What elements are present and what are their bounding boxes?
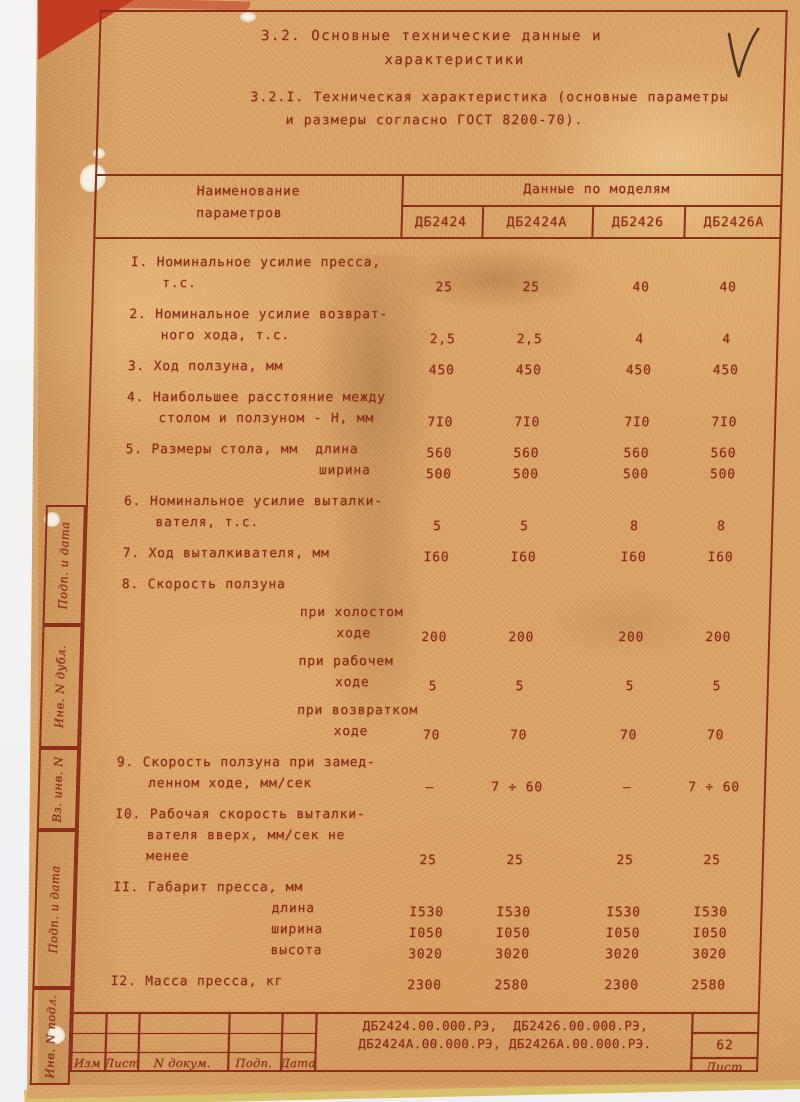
value-cell: I60 [675,547,766,568]
param-label: 3. Ход ползуна, мм [128,359,284,374]
param-line: 5. Размеры стола, мм длина560560560560 [109,439,770,460]
model-column-header: ДБ2426А [683,212,784,233]
value-cell: 25 [486,277,577,298]
value-cell: 5 [475,676,566,697]
sheet-number: 62 [691,1035,760,1056]
value-cell: 5 [672,676,763,697]
param-line: I2. Масса пресса, кг2300258023002580 [94,971,755,992]
value-cell: 70 [670,725,761,746]
param-line: ного хода, т.с.2,52,544 [112,325,773,346]
param-line: ходе200200200200 [104,623,765,644]
value-cell: 4 [594,329,685,350]
value-cell: 5 [585,676,676,697]
page-content: 3.2. Основные технические данные и харак… [0,0,800,1102]
param-label: ходе [336,626,371,641]
param-label: I2. Масса пресса, кг [110,974,283,989]
param-line: 4. Наибольшее расстояние между [111,387,772,408]
scanned-page: 3.2. Основные технические данные и харак… [0,0,800,1102]
value-cell: 25 [470,850,561,871]
side-column-label: Вз. инв. N [47,756,70,822]
param-line: вателя, т.с.5588 [107,512,768,533]
param-label: при рабочем [298,654,393,669]
value-cell: 2580 [663,975,754,996]
stamp-column-label: Дата [280,1053,315,1074]
value-cell: 450 [483,360,574,381]
table-row: 6. Номинальное усилие выталки-вателя, т.… [107,491,768,533]
param-label: ленном ходе, мм/сек [148,776,312,791]
table-row: I0. Рабочая скорость выталки-вателя ввер… [98,804,760,867]
param-label: столом и ползуном - Н, мм [158,411,374,426]
param-line: ленном ходе, мм/сек–7 ÷ 60–7 ÷ 60 [100,773,761,794]
param-label: длина [271,901,315,916]
table-row: 7. Ход выталкивателя, ммI60I60I60I60 [106,543,767,564]
param-line: 3. Ход ползуна, мм450450450450 [111,356,772,377]
value-cell: 8 [589,516,680,537]
param-line: 6. Номинальное усилие выталки- [108,491,769,512]
param-label: 5. Размеры стола, мм длина [125,442,358,457]
table-header: Наименование параметров Данные по моделя… [93,174,783,239]
stamp-column-label: Изм [70,1053,105,1074]
param-label: 9. Скорость ползуна при замед- [116,755,375,770]
subsection-title-line: 3.2.I. Техническая характеристика (основ… [250,87,729,108]
value-cell: 450 [680,360,771,381]
value-cell: 40 [683,277,774,298]
value-cell: 7I0 [395,412,486,433]
value-cell: 70 [583,725,674,746]
table-row: 5. Размеры стола, мм длина560560560560ши… [109,439,770,481]
side-column-cell: Инв. N дубл. [39,625,82,748]
param-line: I0. Рабочая скорость выталки- [99,804,760,825]
side-column-label: Инв. N подл. [39,995,62,1079]
param-line: 7. Ход выталкивателя, ммI60I60I60I60 [106,543,767,564]
value-cell: 500 [590,464,681,485]
param-label: ходе [335,675,370,690]
table-row: 4. Наибольшее расстояние междустолом и п… [110,387,771,429]
param-label: I. Номинальное усилие пресса, [130,255,381,270]
param-label: II. Габарит пресса, мм [113,880,303,895]
side-column-label: Инв. N дубл. [49,645,72,728]
param-line: столом и ползуном - Н, мм7I07I07I07I0 [110,408,771,429]
value-cell: 500 [677,464,768,485]
param-label: 4. Наибольшее расстояние между [127,390,386,405]
table-row: I2. Масса пресса, кг2300258023002580 [94,971,755,992]
value-cell: 25 [383,850,474,871]
value-cell: 500 [393,464,484,485]
side-column-cell: Подп. и дата [43,505,86,625]
value-cell: 200 [586,627,677,648]
value-cell: 450 [396,360,487,381]
value-cell: 4 [681,329,772,350]
param-column-header: параметров [196,203,283,224]
param-label: ширина [319,463,371,478]
param-label: ширина [271,922,323,937]
stamp-column-label: Подп. [227,1053,281,1074]
param-line: вателя вверх, мм/сек не [98,825,759,846]
param-line: ходе70707070 [101,721,762,742]
param-label: при возвратком [297,703,418,718]
value-cell: 5 [388,676,479,697]
value-cell: 2300 [576,975,667,996]
value-cell: 25 [580,850,671,871]
side-column-label: Подп. и дата [52,521,75,609]
param-line: высота3020302030203020 [95,940,756,961]
stamp-column-label: Лист [104,1053,138,1074]
param-line: ширина500500500500 [109,460,770,481]
value-cell: 3020 [380,944,471,965]
value-cell: I60 [391,547,482,568]
param-line: при возвратком [102,700,763,721]
value-cell: 200 [673,627,764,648]
side-column-cell: Подп. и дата [32,830,76,988]
subsection-title-line: и размеры согласно ГОСТ 8200-70). [285,110,583,131]
param-line: при рабочем [103,651,764,672]
param-line: II. Габарит пресса, мм [97,877,758,898]
param-label: менее [146,849,190,864]
sheet-label: Лист [690,1057,759,1078]
value-cell: 7I0 [482,412,573,433]
table-row: 9. Скорость ползуна при замед-ленном ход… [100,752,761,794]
value-cell: 7 ÷ 60 [669,777,760,798]
section-title-line: 3.2. Основные технические данные и [261,26,603,47]
value-cell: – [385,777,476,798]
value-cell: 7I0 [592,412,683,433]
table-row: 2. Номинальное усилие возврат-ного хода,… [112,304,773,346]
value-cell: 3020 [467,944,558,965]
model-column-header: ДБ2424 [390,212,491,233]
value-cell: 200 [389,627,480,648]
value-cell: 8 [676,516,767,537]
value-cell: 3020 [577,944,668,965]
param-line: длинаI530I530I530I530 [96,898,757,919]
param-label: высота [270,943,322,958]
value-cell: 2300 [379,975,470,996]
param-label: I0. Рабочая скорость выталки- [115,807,366,822]
param-line: ходе5555 [103,672,764,693]
param-line: ширинаI050I050I050I050 [96,919,757,940]
param-label: 6. Номинальное усилие выталки- [124,494,383,509]
value-cell: – [582,777,673,798]
value-cell: 2,5 [484,329,575,350]
table-header-divider [401,205,780,207]
value-cell: 25 [399,277,490,298]
param-line: 9. Скорость ползуна при замед- [100,752,761,773]
value-cell: I60 [588,547,679,568]
models-group-header: Данные по моделям [426,179,767,200]
model-column-header: ДБ2426 [587,212,688,233]
param-label: вателя, т.с. [155,515,259,530]
param-label: ного хода, т.с. [160,328,290,343]
document-designation: ДБ2424А.00.000.РЭ, ДБ2426А.00.000.РЭ. [325,1033,686,1054]
param-label: 8. Скорость ползуна [121,577,285,592]
param-line: менее25252525 [98,846,759,867]
param-label: вателя вверх, мм/сек не [146,828,345,843]
value-cell: 40 [596,277,687,298]
table-row: I. Номинальное усилие пресса,т.с.2525404… [114,252,775,294]
value-cell: 5 [479,516,570,537]
param-label: ходе [333,724,368,739]
param-label: т.с. [162,276,197,291]
value-cell: 3020 [664,944,755,965]
stamp-column-label: N докум. [137,1053,228,1074]
table-row: 3. Ход ползуна, мм450450450450 [111,356,772,377]
param-column-header: Наименование [196,181,300,202]
value-cell: 500 [480,464,571,485]
value-cell: 200 [476,627,567,648]
param-line: 2. Номинальное усилие возврат- [113,304,774,325]
value-cell: 2,5 [397,329,488,350]
param-label: при холостом [300,605,404,620]
handwritten-check-mark-icon [720,26,766,84]
value-cell: 70 [473,725,564,746]
param-line: 8. Скорость ползуна [105,574,766,595]
value-cell: 7 ÷ 60 [472,777,563,798]
side-column-label: Подп. и дата [43,865,66,953]
model-column-header: ДБ2424А [486,212,587,233]
value-cell: 70 [386,725,477,746]
table-row: II. Габарит пресса, ммдлинаI530I530I530I… [95,877,757,961]
section-title-line: характеристики [384,50,525,71]
param-label: 2. Номинальное усилие возврат- [129,307,388,322]
param-line: при холостом [105,602,766,623]
param-label: 7. Ход выталкивателя, мм [122,546,329,561]
parameters-table-body: I. Номинальное усилие пресса,т.с.2525404… [94,252,775,1002]
param-line: I. Номинальное усилие пресса, [114,252,775,273]
value-cell: 7I0 [679,412,770,433]
value-cell: I60 [478,547,569,568]
param-line: т.с.25254040 [114,273,775,294]
side-column-cell: Вз. инв. N [37,748,79,830]
value-cell: 25 [667,850,758,871]
value-cell: 450 [593,360,684,381]
table-row: 8. Скорость ползунапри холостомходе20020… [101,574,766,742]
value-cell: 5 [392,516,483,537]
side-column-cell: Инв. N подл. [30,988,73,1085]
value-cell: 2580 [466,975,557,996]
